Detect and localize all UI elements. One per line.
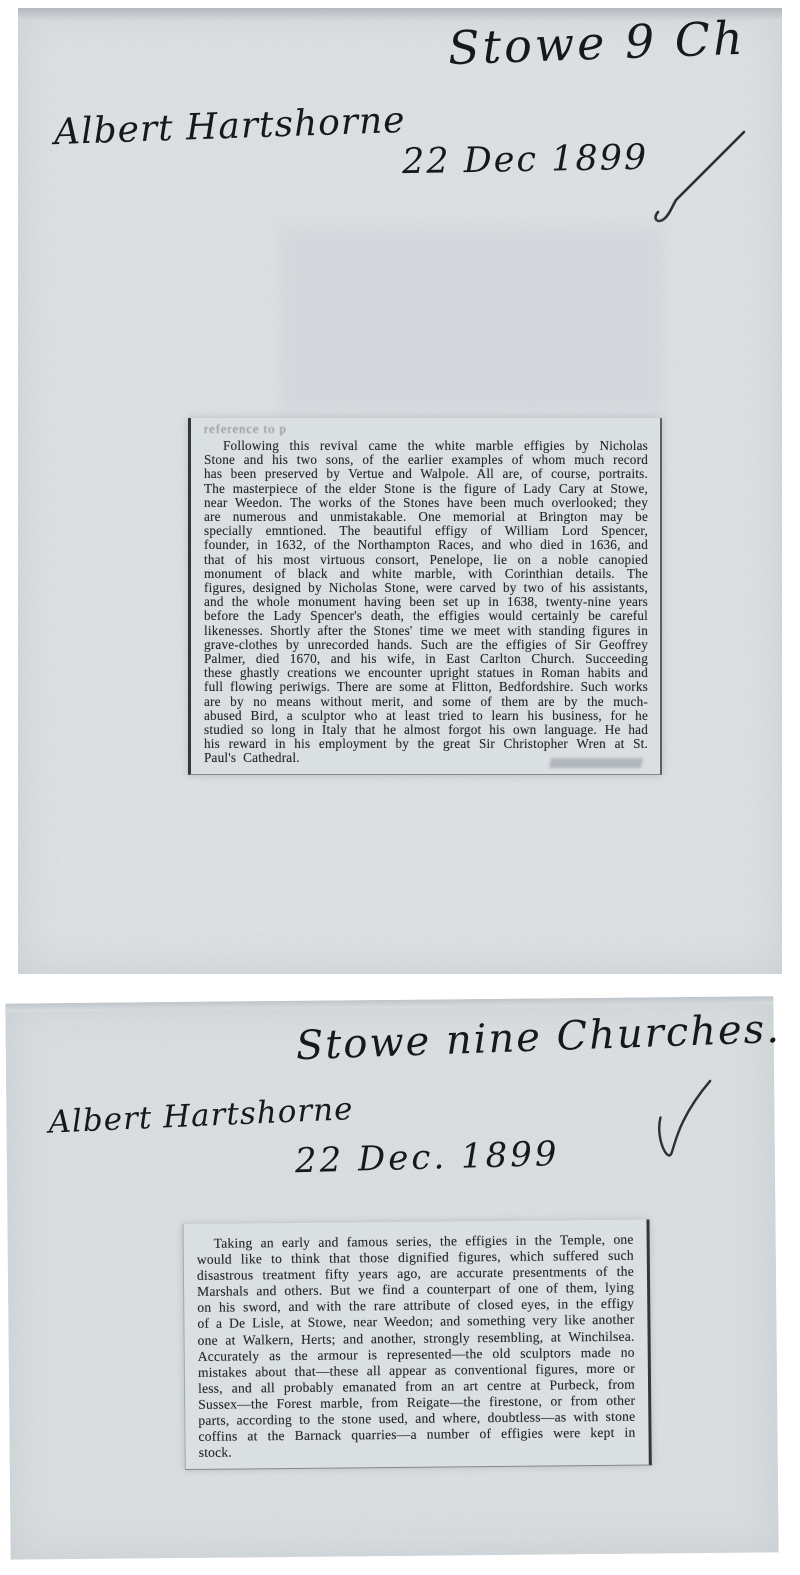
scanned-page-1: Stowe 9 Ch Albert Hartshorne 22 Dec 1899… bbox=[18, 8, 782, 974]
clipping-1-text: Following this revival came the white ma… bbox=[204, 439, 648, 766]
handwritten-title-page2: Stowe nine Churches. bbox=[295, 1006, 782, 1069]
handwritten-date-page2: 22 Dec. 1899 bbox=[294, 1134, 560, 1181]
handwritten-signature-page2: Albert Hartshorne bbox=[48, 1091, 354, 1141]
newspaper-clipping-2: Taking an early and famous series, the e… bbox=[182, 1220, 651, 1471]
checkmark-icon bbox=[646, 1075, 731, 1172]
pen-stroke-icon bbox=[648, 128, 752, 228]
show-through-ghost bbox=[280, 225, 664, 417]
ink-smudge bbox=[549, 758, 643, 768]
handwritten-title-page1: Stowe 9 Ch bbox=[447, 11, 746, 75]
clipping-1-partial-line: reference to p bbox=[204, 422, 648, 437]
newspaper-clipping-1: reference to p Following this revival ca… bbox=[188, 418, 662, 775]
handwritten-signature-page1: Albert Hartshorne bbox=[53, 100, 406, 153]
scan-background: Stowe 9 Ch Albert Hartshorne 22 Dec 1899… bbox=[0, 0, 800, 1575]
handwritten-date-page1: 22 Dec 1899 bbox=[402, 138, 649, 182]
clipping-2-text: Taking an early and famous series, the e… bbox=[197, 1232, 636, 1461]
scanned-page-2: Stowe nine Churches. Albert Hartshorne 2… bbox=[5, 996, 778, 1559]
